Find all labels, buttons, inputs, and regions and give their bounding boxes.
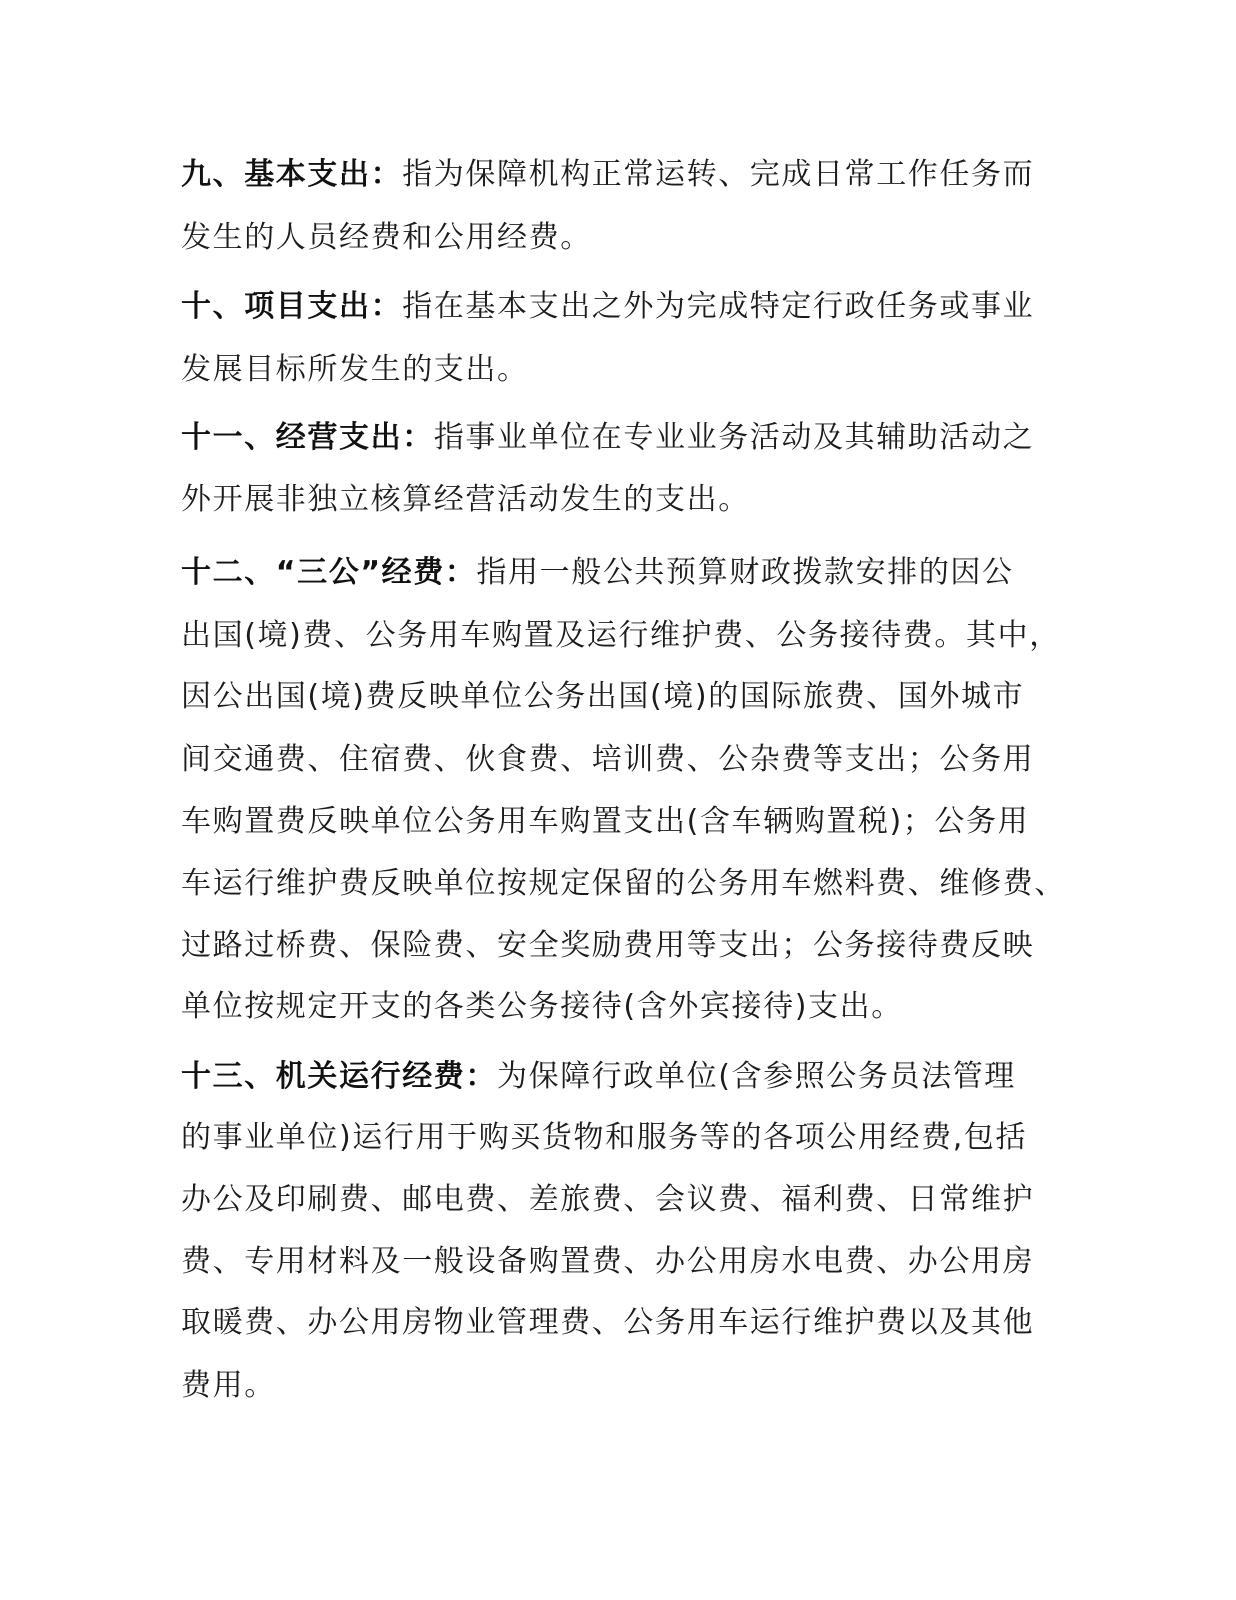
section-thirteen-line-6: 费用。 (181, 1364, 1041, 1408)
section-twelve-line-1: 十二、“三公”经费：指用一般公共预算财政拨款安排的因公 (181, 551, 1041, 595)
section-ten-text: 发展目标所发生的支出。 (181, 352, 529, 387)
section-nine-term: 九、基本支出： (181, 157, 402, 192)
section-twelve-line-4: 间交通费、住宿费、伙食费、培训费、公杂费等支出；公务用 (181, 738, 1041, 782)
section-eleven-text: 指事业单位在专业业务活动及其辅助活动之 (434, 420, 1034, 455)
section-thirteen-text: 办公及印刷费、邮电费、差旅费、会议费、福利费、日常维护 (181, 1182, 1034, 1217)
section-nine-text: 发生的人员经费和公用经费。 (181, 220, 592, 255)
section-eleven-term: 十一、经营支出： (181, 420, 434, 455)
section-twelve-text: 车购置费反映单位公务用车购置支出(含车辆购置税)；公务用 (181, 804, 1029, 839)
section-thirteen-text: 的事业单位)运行用于购买货物和服务等的各项公用经费,包括 (181, 1120, 1027, 1155)
section-thirteen-text: 取暖费、办公用房物业管理费、公务用车运行维护费以及其他 (181, 1305, 1034, 1340)
section-thirteen-term: 十三、机关运行经费： (181, 1059, 497, 1094)
section-thirteen-text: 费用。 (181, 1368, 276, 1403)
section-nine-line-2: 发生的人员经费和公用经费。 (181, 216, 1041, 260)
section-twelve-line-5: 车购置费反映单位公务用车购置支出(含车辆购置税)；公务用 (181, 800, 1041, 844)
section-twelve-text: 出国(境)费、公务用车购置及运行维护费、公务接待费。其中， (181, 618, 1061, 653)
section-twelve-text: 指用一般公共预算财政拨款安排的因公 (476, 555, 1013, 590)
document-page: 九、基本支出：指为保障机构正常运转、完成日常工作任务而 发生的人员经费和公用经费… (0, 0, 1236, 1600)
section-thirteen-text: 费、专用材料及一般设备购置费、办公用房水电费、办公用房 (181, 1244, 1034, 1279)
section-thirteen-line-1: 十三、机关运行经费：为保障行政单位(含参照公务员法管理 (181, 1055, 1041, 1099)
section-nine-text: 指为保障机构正常运转、完成日常工作任务而 (402, 157, 1034, 192)
section-twelve-line-8: 单位按规定开支的各类公务接待(含外宾接待)支出。 (181, 985, 1041, 1029)
section-twelve-line-6: 车运行维护费反映单位按规定保留的公务用车燃料费、维修费、 (181, 862, 1041, 906)
section-eleven-text: 外开展非独立核算经营活动发生的支出。 (181, 482, 750, 517)
section-thirteen-line-2: 的事业单位)运行用于购买货物和服务等的各项公用经费,包括 (181, 1116, 1041, 1160)
section-thirteen-line-5: 取暖费、办公用房物业管理费、公务用车运行维护费以及其他 (181, 1301, 1041, 1345)
section-thirteen-line-4: 费、专用材料及一般设备购置费、办公用房水电费、办公用房 (181, 1240, 1041, 1284)
section-twelve-text: 因公出国(境)费反映单位公务出国(境)的国际旅费、国外城市 (181, 679, 1024, 714)
section-twelve-term: 十二、“三公”经费： (181, 555, 476, 590)
section-thirteen-line-3: 办公及印刷费、邮电费、差旅费、会议费、福利费、日常维护 (181, 1178, 1041, 1222)
section-ten-line-1: 十、项目支出：指在基本支出之外为完成特定行政任务或事业 (181, 285, 1041, 329)
section-nine-line-1: 九、基本支出：指为保障机构正常运转、完成日常工作任务而 (181, 153, 1041, 197)
section-twelve-text: 间交通费、住宿费、伙食费、培训费、公杂费等支出；公务用 (181, 742, 1034, 777)
section-twelve-text: 单位按规定开支的各类公务接待(含外宾接待)支出。 (181, 989, 903, 1024)
section-eleven-line-2: 外开展非独立核算经营活动发生的支出。 (181, 478, 1041, 522)
section-eleven-line-1: 十一、经营支出：指事业单位在专业业务活动及其辅助活动之 (181, 416, 1041, 460)
section-thirteen-text: 为保障行政单位(含参照公务员法管理 (497, 1059, 1016, 1094)
section-twelve-line-7: 过路过桥费、保险费、安全奖励费用等支出；公务接待费反映 (181, 924, 1041, 968)
section-ten-term: 十、项目支出： (181, 289, 402, 324)
section-twelve-line-2: 出国(境)费、公务用车购置及运行维护费、公务接待费。其中， (181, 614, 1041, 658)
section-twelve-text: 过路过桥费、保险费、安全奖励费用等支出；公务接待费反映 (181, 928, 1034, 963)
section-ten-line-2: 发展目标所发生的支出。 (181, 348, 1041, 392)
section-ten-text: 指在基本支出之外为完成特定行政任务或事业 (402, 289, 1034, 324)
section-twelve-text: 车运行维护费反映单位按规定保留的公务用车燃料费、维修费、 (181, 866, 1066, 901)
section-twelve-line-3: 因公出国(境)费反映单位公务出国(境)的国际旅费、国外城市 (181, 675, 1041, 719)
